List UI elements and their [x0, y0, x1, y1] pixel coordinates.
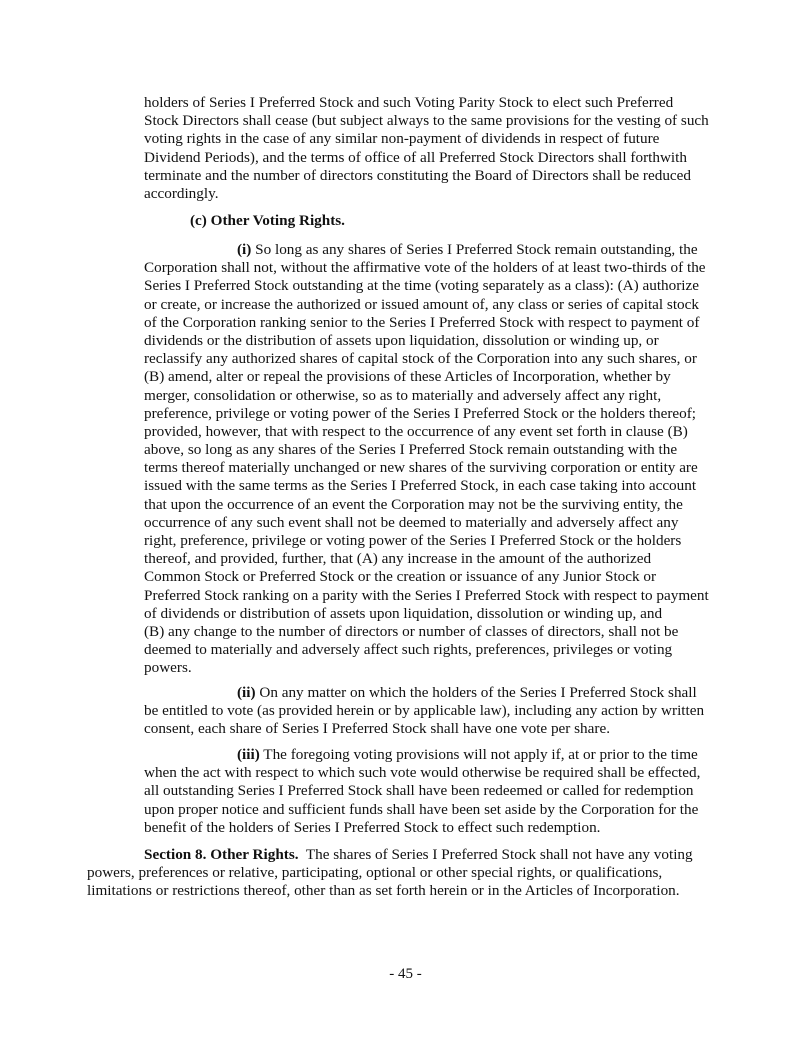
text-line: terms thereof materially unchanged or ne…: [144, 459, 709, 477]
text-line: powers, preferences or relative, partici…: [87, 864, 693, 882]
clause-text: The foregoing voting provisions will not…: [260, 746, 698, 763]
text-line: that upon the occurrence of an event the…: [144, 496, 709, 514]
clause-first-line: (iii) The foregoing voting provisions wi…: [144, 746, 700, 764]
section-heading: Section 8. Other Rights.: [144, 846, 299, 863]
text-line: merger, consolidation or otherwise, so a…: [144, 387, 709, 405]
text-line: Dividend Periods), and the terms of offi…: [144, 149, 709, 167]
text-line: consent, each share of Series I Preferre…: [144, 720, 704, 738]
section-text: The shares of Series I Preferred Stock s…: [299, 846, 693, 863]
text-line: dividends or the distribution of assets …: [144, 332, 709, 350]
continuation-paragraph: holders of Series I Preferred Stock and …: [144, 94, 709, 203]
clause-text: So long as any shares of Series I Prefer…: [251, 241, 697, 258]
text-line: of dividends or distribution of assets u…: [144, 605, 709, 623]
text-line: Series I Preferred Stock outstanding at …: [144, 277, 709, 295]
text-line: limitations or restrictions thereof, oth…: [87, 882, 693, 900]
page-number: - 45 -: [0, 966, 811, 983]
text-line: upon proper notice and sufficient funds …: [144, 801, 700, 819]
clause-ii-paragraph: (ii) On any matter on which the holders …: [144, 684, 704, 739]
clause-label: (ii): [237, 684, 256, 701]
text-line: Preferred Stock ranking on a parity with…: [144, 587, 709, 605]
text-line: Corporation shall not, without the affir…: [144, 259, 709, 277]
text-line: occurrence of any such event shall not b…: [144, 514, 709, 532]
section-8-paragraph: Section 8. Other Rights. The shares of S…: [87, 846, 693, 901]
text-line: (B) any change to the number of director…: [144, 623, 709, 641]
text-line: thereof, and provided, further, that (A)…: [144, 550, 709, 568]
text-line: reclassify any authorized shares of capi…: [144, 350, 709, 368]
text-line: terminate and the number of directors co…: [144, 167, 709, 185]
text-line: (B) amend, alter or repeal the provision…: [144, 368, 709, 386]
text-line: Stock Directors shall cease (but subject…: [144, 112, 709, 130]
text-line: issued with the same terms as the Series…: [144, 477, 709, 495]
clause-i-paragraph: (i) So long as any shares of Series I Pr…: [144, 241, 709, 678]
text-line: when the act with respect to which such …: [144, 764, 700, 782]
text-line: or create, or increase the authorized or…: [144, 296, 709, 314]
clause-label: (iii): [237, 746, 260, 763]
text-line: benefit of the holders of Series I Prefe…: [144, 819, 700, 837]
document-page: holders of Series I Preferred Stock and …: [0, 0, 811, 1050]
text-line: all outstanding Series I Preferred Stock…: [144, 782, 700, 800]
text-line: of the Corporation ranking senior to the…: [144, 314, 709, 332]
text-line: accordingly.: [144, 185, 709, 203]
clause-iii-paragraph: (iii) The foregoing voting provisions wi…: [144, 746, 700, 837]
clause-text: On any matter on which the holders of th…: [256, 684, 697, 701]
clause-first-line: (ii) On any matter on which the holders …: [144, 684, 704, 702]
text-line: right, preference, privilege or voting p…: [144, 532, 709, 550]
text-line: powers.: [144, 659, 709, 677]
text-line: above, so long as any shares of the Seri…: [144, 441, 709, 459]
text-line: holders of Series I Preferred Stock and …: [144, 94, 709, 112]
clause-first-line: (i) So long as any shares of Series I Pr…: [144, 241, 709, 259]
text-line: provided, however, that with respect to …: [144, 423, 709, 441]
text-line: voting rights in the case of any similar…: [144, 130, 709, 148]
text-line: be entitled to vote (as provided herein …: [144, 702, 704, 720]
section-first-line: Section 8. Other Rights. The shares of S…: [87, 846, 693, 864]
subsection-c-heading: (c) Other Voting Rights.: [190, 212, 345, 230]
text-line: deemed to materially and adversely affec…: [144, 641, 709, 659]
text-line: Common Stock or Preferred Stock or the c…: [144, 568, 709, 586]
clause-label: (i): [237, 241, 251, 258]
text-line: preference, privilege or voting power of…: [144, 405, 709, 423]
